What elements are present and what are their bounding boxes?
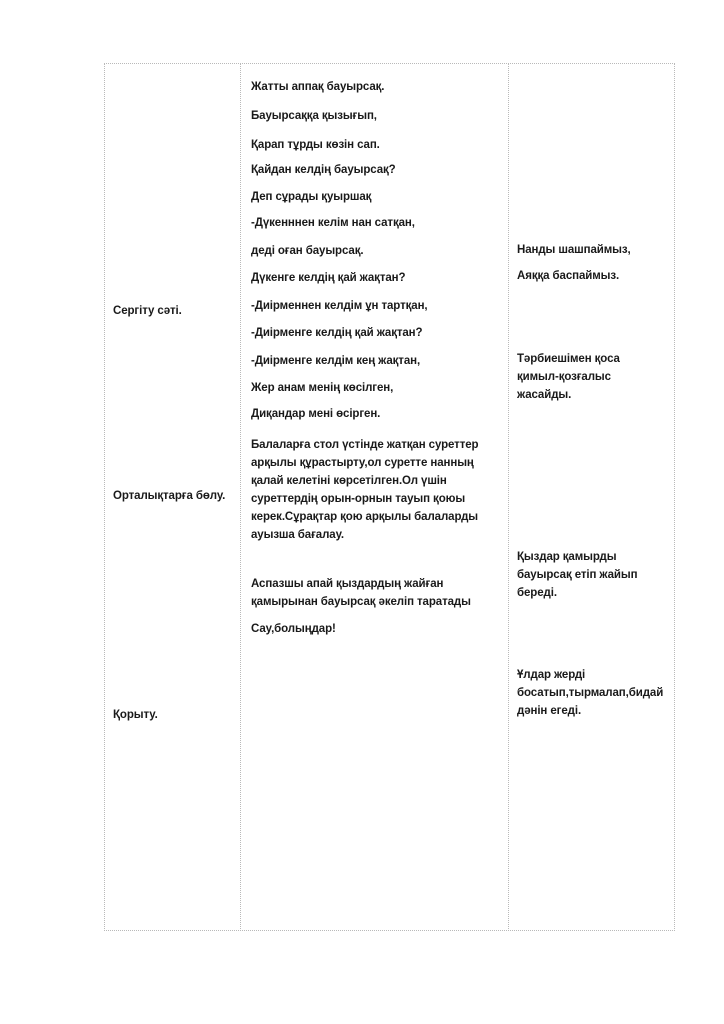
stage-warmup: Сергіту сәті. <box>113 303 182 320</box>
movement-line: қимыл-қозғалыс <box>517 369 611 386</box>
poem-line: -Диірменнен келдім ұн тартқан, <box>251 298 428 315</box>
farewell-text: Сау,болыңдар! <box>251 621 336 638</box>
centers-text-line: керек.Сұрақтар қою арқылы балаларды <box>251 509 478 526</box>
poem-line: Жатты аппақ бауырсақ. <box>251 79 384 96</box>
centers-text-line: арқылы құрастырту,ол суретте нанның <box>251 455 474 472</box>
boys-activity-line: Ұлдар жерді <box>517 667 585 684</box>
document-page: Сергіту сәті. Орталықтарға бөлу. Қорыту.… <box>0 0 724 1024</box>
stage-centers: Орталықтарға бөлу. <box>113 488 225 505</box>
conclusion-text-line: қамырынан бауырсақ әкеліп таратады <box>251 594 471 611</box>
girls-activity-line: береді. <box>517 585 557 602</box>
column-divider <box>240 63 241 931</box>
movement-line: Тәрбиешімен қоса <box>517 351 620 368</box>
poem-line: Қайдан келдің бауырсақ? <box>251 162 396 179</box>
centers-text-line: ауызша бағалау. <box>251 527 344 544</box>
centers-text-line: қалай келетіні көрсетілген.Ол үшін <box>251 473 447 490</box>
rhyme-line: Нанды шашпаймыз, <box>517 242 631 259</box>
poem-line: Жер анам менің көсілген, <box>251 380 393 397</box>
poem-line: Бауырсаққа қызығып, <box>251 108 377 125</box>
poem-line: Деп сұрады қуыршақ <box>251 189 371 206</box>
centers-text-line: Балаларға стол үстінде жатқан суреттер <box>251 437 478 454</box>
girls-activity-line: бауырсақ етіп жайып <box>517 567 637 584</box>
poem-line: Қарап тұрды көзін сап. <box>251 137 380 154</box>
poem-line: Дүкенге келдің қай жақтан? <box>251 270 405 287</box>
poem-line: деді оған бауырсақ. <box>251 243 363 260</box>
poem-line: -Диірменге келдің қай жақтан? <box>251 325 422 342</box>
poem-line: -Диірменге келдім кең жақтан, <box>251 353 420 370</box>
poem-line: -Дүкенннен келім нан сатқан, <box>251 215 415 232</box>
rhyme-line: Аяққа баспаймыз. <box>517 268 619 285</box>
poem-line: Диқандар мені өсірген. <box>251 406 380 423</box>
stage-conclusion: Қорыту. <box>113 707 158 724</box>
boys-activity-line: дәнін егеді. <box>517 703 581 720</box>
conclusion-text-line: Аспазшы апай қыздардың жайған <box>251 576 443 593</box>
centers-text-line: суреттердің орын-орнын тауып қоюы <box>251 491 465 508</box>
column-divider <box>508 63 509 931</box>
movement-line: жасайды. <box>517 387 571 404</box>
boys-activity-line: босатып,тырмалап,бидай <box>517 685 663 702</box>
girls-activity-line: Қыздар қамырды <box>517 549 616 566</box>
